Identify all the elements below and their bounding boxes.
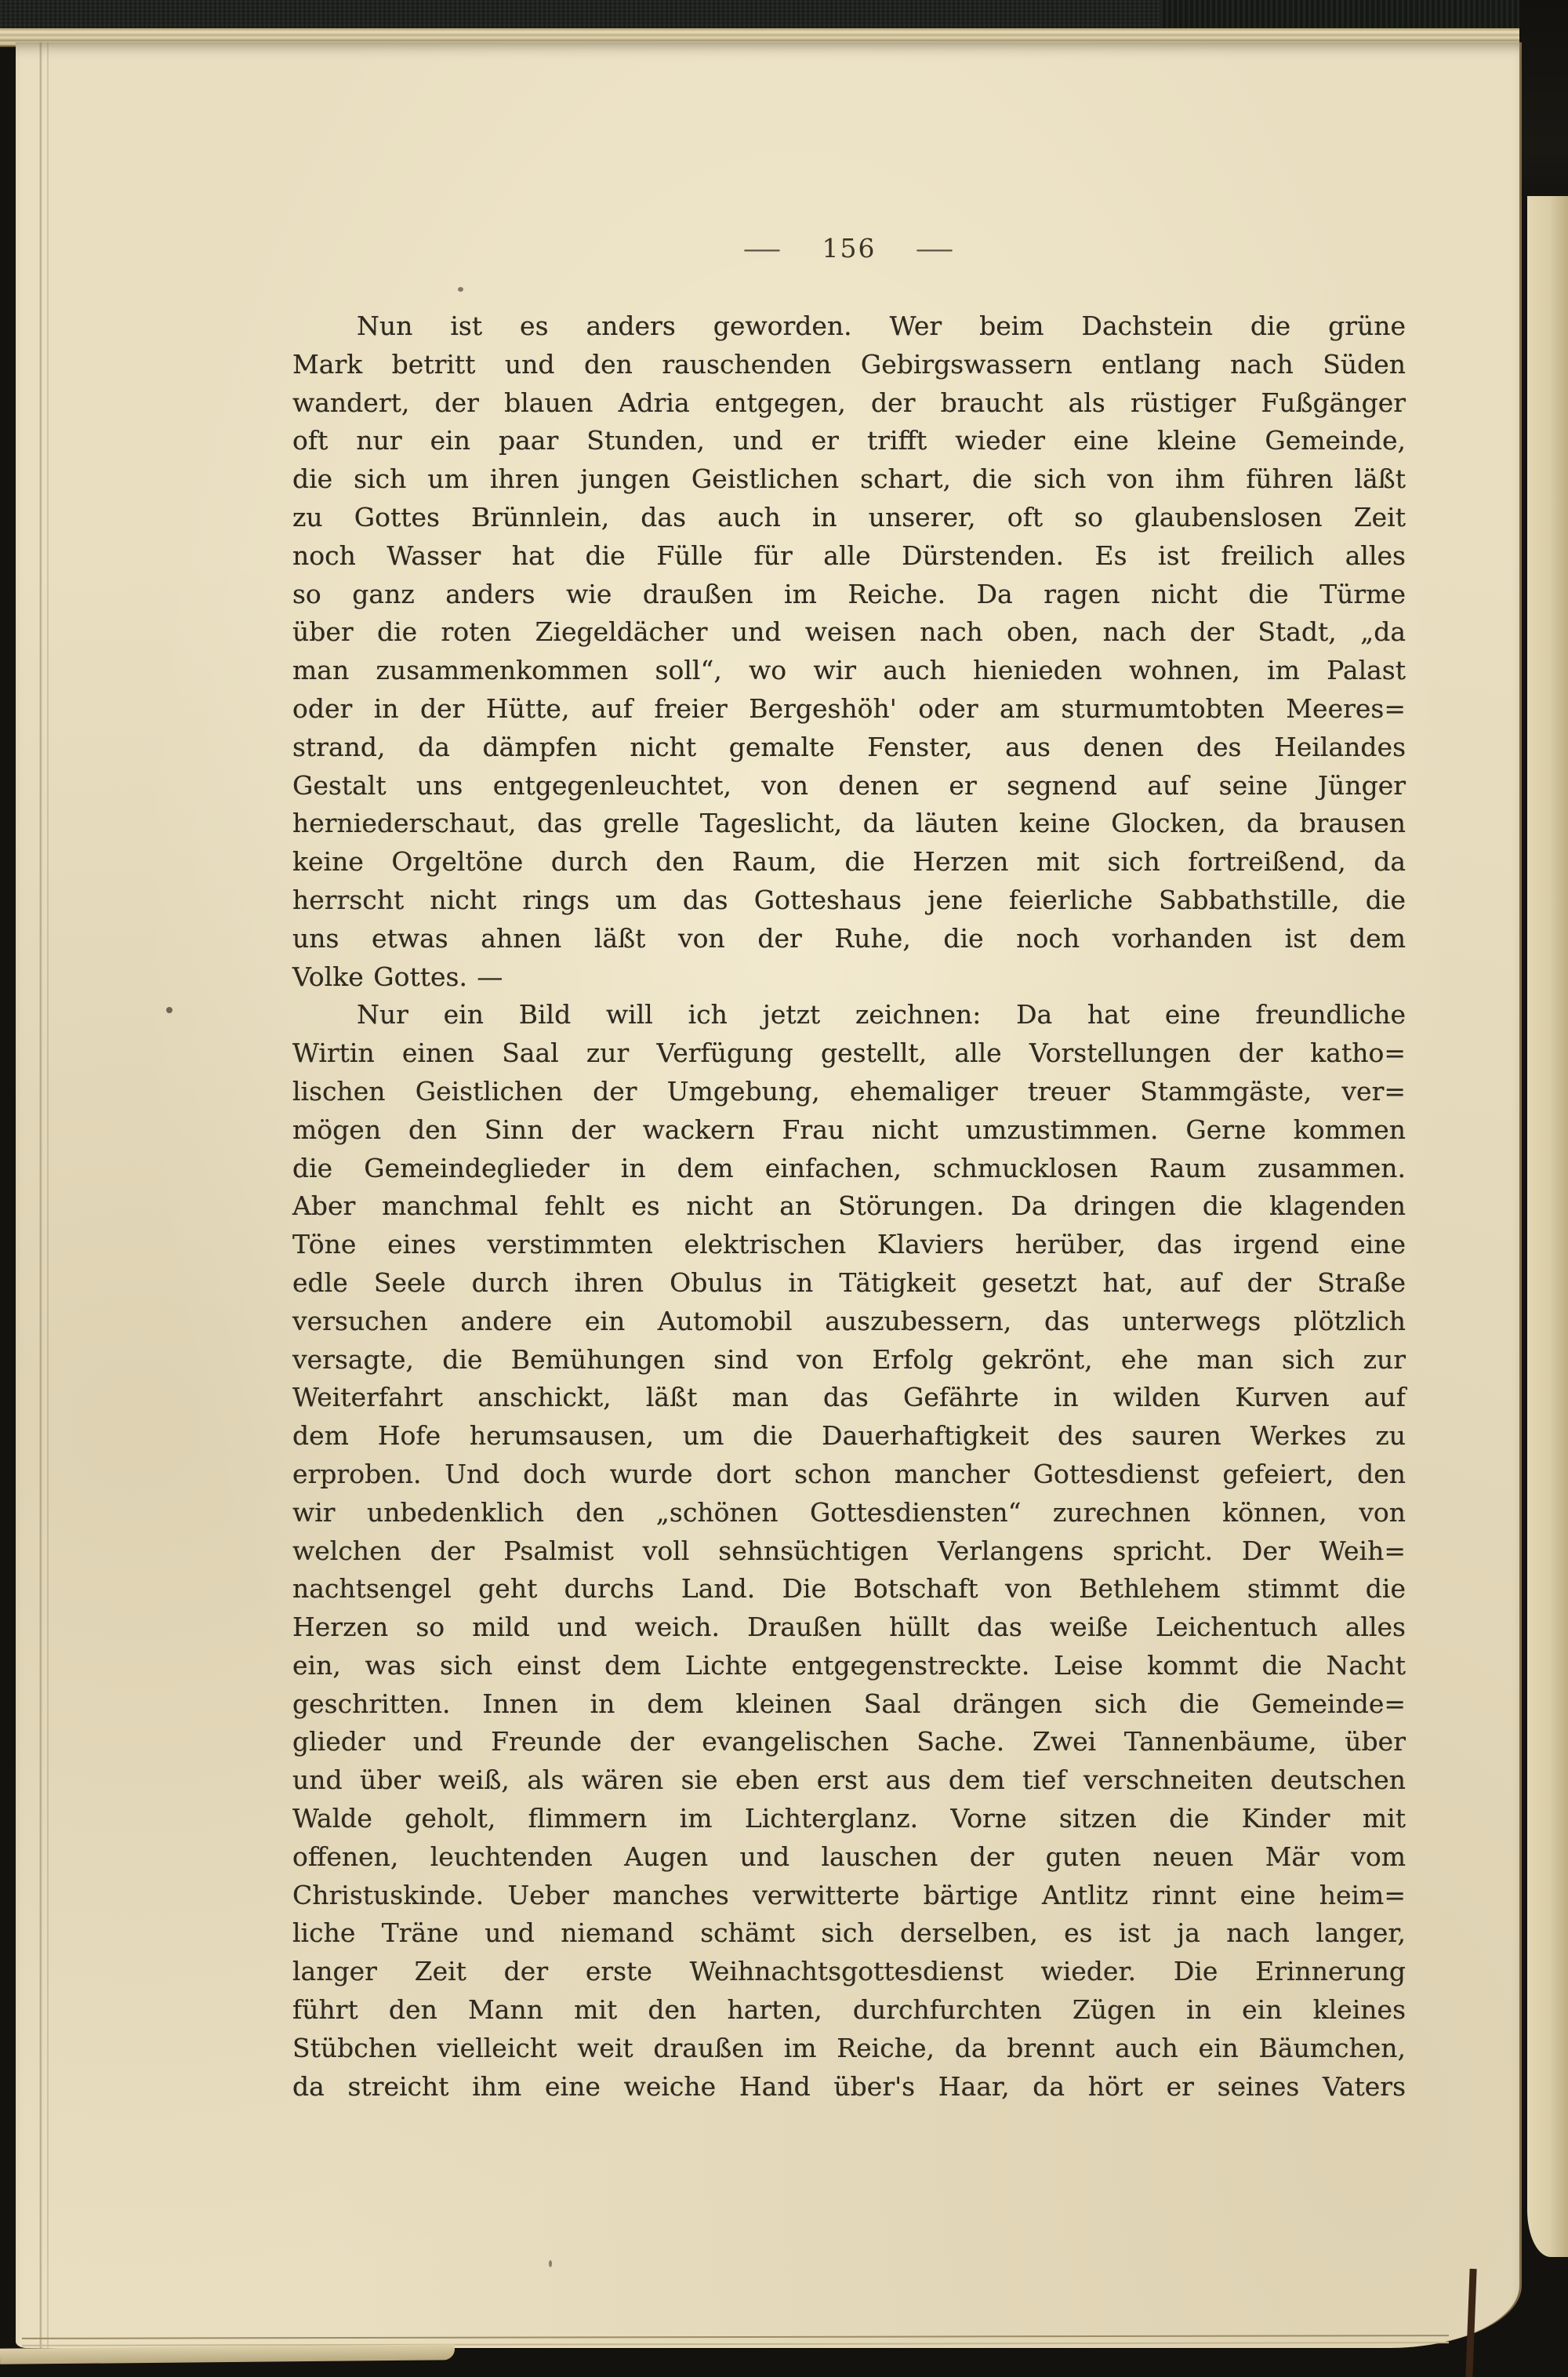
text-line: die Gemeindeglieder in dem einfachen, sc… bbox=[292, 1150, 1406, 1188]
text-line: wandert, der blauen Adria entgegen, der … bbox=[292, 384, 1406, 423]
text-line: Wirtin einen Saal zur Verfügung gestellt… bbox=[292, 1034, 1406, 1073]
next-page-edge bbox=[1527, 196, 1568, 2257]
text-line: geschritten. Innen in dem kleinen Saal d… bbox=[292, 1685, 1406, 1724]
text-line: und über weiß, als wären sie eben erst a… bbox=[292, 1761, 1406, 1800]
ink-speck bbox=[458, 287, 463, 292]
text-line: wir unbedenklich den „schönen Gottesdien… bbox=[292, 1494, 1406, 1532]
text-line: herrscht nicht rings um das Gotteshaus j… bbox=[292, 881, 1406, 920]
ink-speck bbox=[166, 1007, 172, 1013]
text-line: welchen der Psalmist voll sehnsüchtigen … bbox=[292, 1532, 1406, 1571]
text-line: führt den Mann mit den harten, durchfurc… bbox=[292, 1991, 1406, 2030]
text-line: Gestalt uns entgegenleuchtet, von denen … bbox=[292, 767, 1406, 805]
text-line: Töne eines verstimmten elektrischen Klav… bbox=[292, 1226, 1406, 1264]
text-line: Stübchen vielleicht weit draußen im Reic… bbox=[292, 2030, 1406, 2068]
text-line: offenen, leuchtenden Augen und lauschen … bbox=[292, 1838, 1406, 1877]
text-line: dem Hofe herumsausen, um die Dauerhaftig… bbox=[292, 1417, 1406, 1456]
text-line: Christuskinde. Ueber manches verwitterte… bbox=[292, 1877, 1406, 1915]
underlying-page-corner bbox=[0, 2344, 455, 2364]
text-line: noch Wasser hat die Fülle für alle Dürst… bbox=[292, 537, 1406, 576]
text-line: Weiterfahrt anschickt, läßt man das Gefä… bbox=[292, 1379, 1406, 1417]
text-line: edle Seele durch ihren Obulus in Tätigke… bbox=[292, 1264, 1406, 1303]
text-line: ein, was sich einst dem Lichte entgegens… bbox=[292, 1647, 1406, 1685]
text-line: versuchen andere ein Automobil auszubess… bbox=[292, 1303, 1406, 1341]
text-line: Aber manchmal fehlt es nicht an Störunge… bbox=[292, 1187, 1406, 1226]
book-page: — 156 — Nun ist es anders geworden. Wer … bbox=[16, 42, 1522, 2348]
page-number: 156 bbox=[822, 233, 877, 264]
text-line: Herzen so mild und weich. Draußen hüllt … bbox=[292, 1608, 1406, 1647]
text-line: herniederschaut, das grelle Tageslicht, … bbox=[292, 805, 1406, 843]
text-line: erproben. Und doch wurde dort schon manc… bbox=[292, 1456, 1406, 1494]
text-line: liche Träne und niemand schämt sich ders… bbox=[292, 1914, 1406, 1953]
page-bottom-edge-lines bbox=[22, 2335, 1449, 2346]
text-line: oft nur ein paar Stunden, und er trifft … bbox=[292, 422, 1406, 460]
text-line: nachtsengel geht durchs Land. Die Botsch… bbox=[292, 1570, 1406, 1608]
text-line: strand, da dämpfen nicht gemalte Fenster… bbox=[292, 729, 1406, 767]
ink-speck bbox=[549, 2260, 552, 2267]
text-line: lischen Geistlichen der Umgebung, ehemal… bbox=[292, 1073, 1406, 1111]
text-line: man zusammenkommen soll“, wo wir auch hi… bbox=[292, 652, 1406, 690]
page-gutter-crease bbox=[39, 42, 42, 2348]
page-gutter-crease-line bbox=[47, 42, 49, 2348]
text-line: die sich um ihren jungen Geistlichen sch… bbox=[292, 460, 1406, 499]
text-line: uns etwas ahnen läßt von der Ruhe, die n… bbox=[292, 920, 1406, 958]
text-line: keine Orgeltöne durch den Raum, die Herz… bbox=[292, 843, 1406, 881]
text-line: oder in der Hütte, auf freier Bergeshöh'… bbox=[292, 690, 1406, 729]
scan-shadow-top-right bbox=[1519, 0, 1568, 212]
text-line: Walde geholt, flimmern im Lichterglanz. … bbox=[292, 1800, 1406, 1838]
header-dash-right: — bbox=[915, 233, 956, 264]
page-header: — 156 — bbox=[292, 233, 1406, 264]
text-line: Nun ist es anders geworden. Wer beim Dac… bbox=[292, 307, 1406, 346]
text-line: Volke Gottes. — bbox=[292, 958, 1406, 997]
text-line: mögen den Sinn der wackern Frau nicht um… bbox=[292, 1111, 1406, 1150]
text-line: über die roten Ziegeldächer und weisen n… bbox=[292, 613, 1406, 652]
text-line: Mark betritt und den rauschenden Gebirgs… bbox=[292, 346, 1406, 384]
text-line: Nur ein Bild will ich jetzt zeichnen: Da… bbox=[292, 996, 1406, 1034]
body-text: Nun ist es anders geworden. Wer beim Dac… bbox=[292, 307, 1406, 2106]
text-line: da streicht ihm eine weiche Hand über's … bbox=[292, 2068, 1406, 2106]
text-line: zu Gottes Brünnlein, das auch in unserer… bbox=[292, 499, 1406, 537]
text-line: langer Zeit der erste Weihnachtsgottesdi… bbox=[292, 1953, 1406, 1991]
text-line: glieder und Freunde der evangelischen Sa… bbox=[292, 1723, 1406, 1761]
text-line: so ganz anders wie draußen im Reiche. Da… bbox=[292, 576, 1406, 614]
text-line: versagte, die Bemühungen sind von Erfolg… bbox=[292, 1341, 1406, 1379]
header-dash-left: — bbox=[742, 233, 784, 264]
